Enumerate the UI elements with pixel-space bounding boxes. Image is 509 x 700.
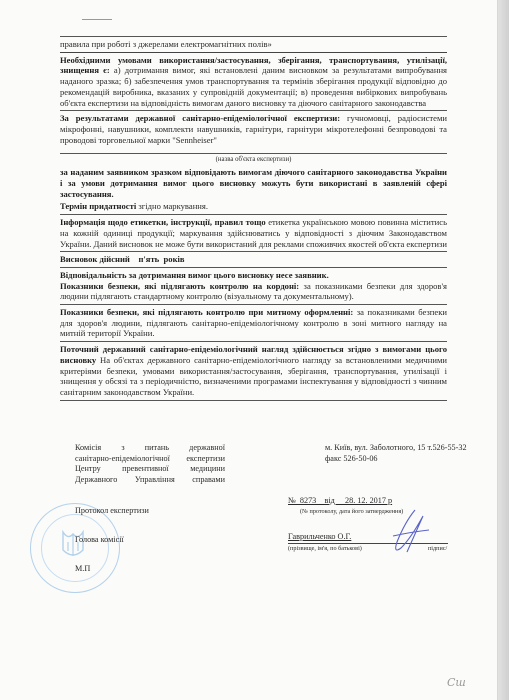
org-line: санітарно-епідеміологічної експертизи (75, 454, 225, 465)
validity-statement: Висновок дійсний п'ять років (60, 252, 447, 267)
supervision-text: На об'єктах державного санітарно-епідемі… (60, 355, 447, 397)
org-line: Комісія з питань державної (75, 443, 225, 454)
conditions-section: Необхідними умовами використання/застосу… (60, 53, 447, 111)
conditions-text: а) дотримання вимог, які встановлені дан… (60, 65, 447, 107)
border-control-section: Показники безпеки, які підлягають контро… (60, 281, 447, 304)
border-control-label: Показники безпеки, які підлягають контро… (60, 281, 299, 291)
object-caption: (назва об'єкта експертизи) (60, 154, 447, 164)
shelf-life-section: Термін придатності згідно маркування. (60, 201, 447, 214)
customs-control-section: Показники безпеки, які підлягають контро… (60, 305, 447, 341)
supervision-section: Поточний державний санітарно-епідеміолог… (60, 342, 447, 400)
shelf-life-text: згідно маркування. (136, 201, 208, 211)
labeling-section: Інформація щодо етикетки, інструкції, пр… (60, 215, 447, 251)
scan-right-edge (498, 0, 509, 700)
seal-label: М.П (75, 564, 90, 575)
handwritten-signature-icon (385, 508, 435, 558)
line-top: правила при роботі з джерелами електрома… (60, 37, 447, 52)
signer-name: Гаврильченко О.Г. (288, 532, 351, 541)
fax: факс 526-50-06 (325, 454, 505, 465)
address: м. Київ, вул. Заболотного, 15 т.526-55-3… (325, 443, 505, 454)
compliance-statement: за наданим заявником зразком відповідают… (60, 164, 447, 201)
responsibility-statement: Відповідальність за дотримання вимог цьо… (60, 268, 447, 281)
document-body: правила при роботі з джерелами електрома… (60, 36, 447, 401)
protocol-label: Протокол експертизи (75, 506, 149, 517)
results-section: За результатами державної санітарно-епід… (60, 111, 447, 147)
shelf-life-label: Термін придатності (60, 201, 136, 211)
address-block: м. Київ, вул. Заболотного, 15 т.526-55-3… (325, 443, 505, 464)
results-label: За результатами державної санітарно-епід… (60, 113, 340, 123)
official-seal-stamp (30, 503, 120, 593)
labeling-label: Інформація щодо етикетки, інструкції, пр… (60, 217, 266, 227)
org-line: Центру превентивної медицини (75, 464, 225, 475)
commission-head-label: Голова комісії (75, 535, 124, 546)
document-page: правила при роботі з джерелами електрома… (0, 0, 498, 700)
organization-block: Комісія з питань державної санітарно-епі… (75, 443, 225, 485)
org-line: Державного Управління справами (75, 475, 225, 486)
protocol-number: № 8273 від 28. 12. 2017 р (288, 496, 444, 507)
top-dash-mark (82, 19, 112, 20)
handwritten-initials: Сш (447, 676, 466, 689)
divider (60, 400, 447, 401)
signer-caption: (прізвище, ім'я, по батькові) (288, 544, 362, 555)
customs-control-label: Показники безпеки, які підлягають контро… (60, 307, 353, 317)
